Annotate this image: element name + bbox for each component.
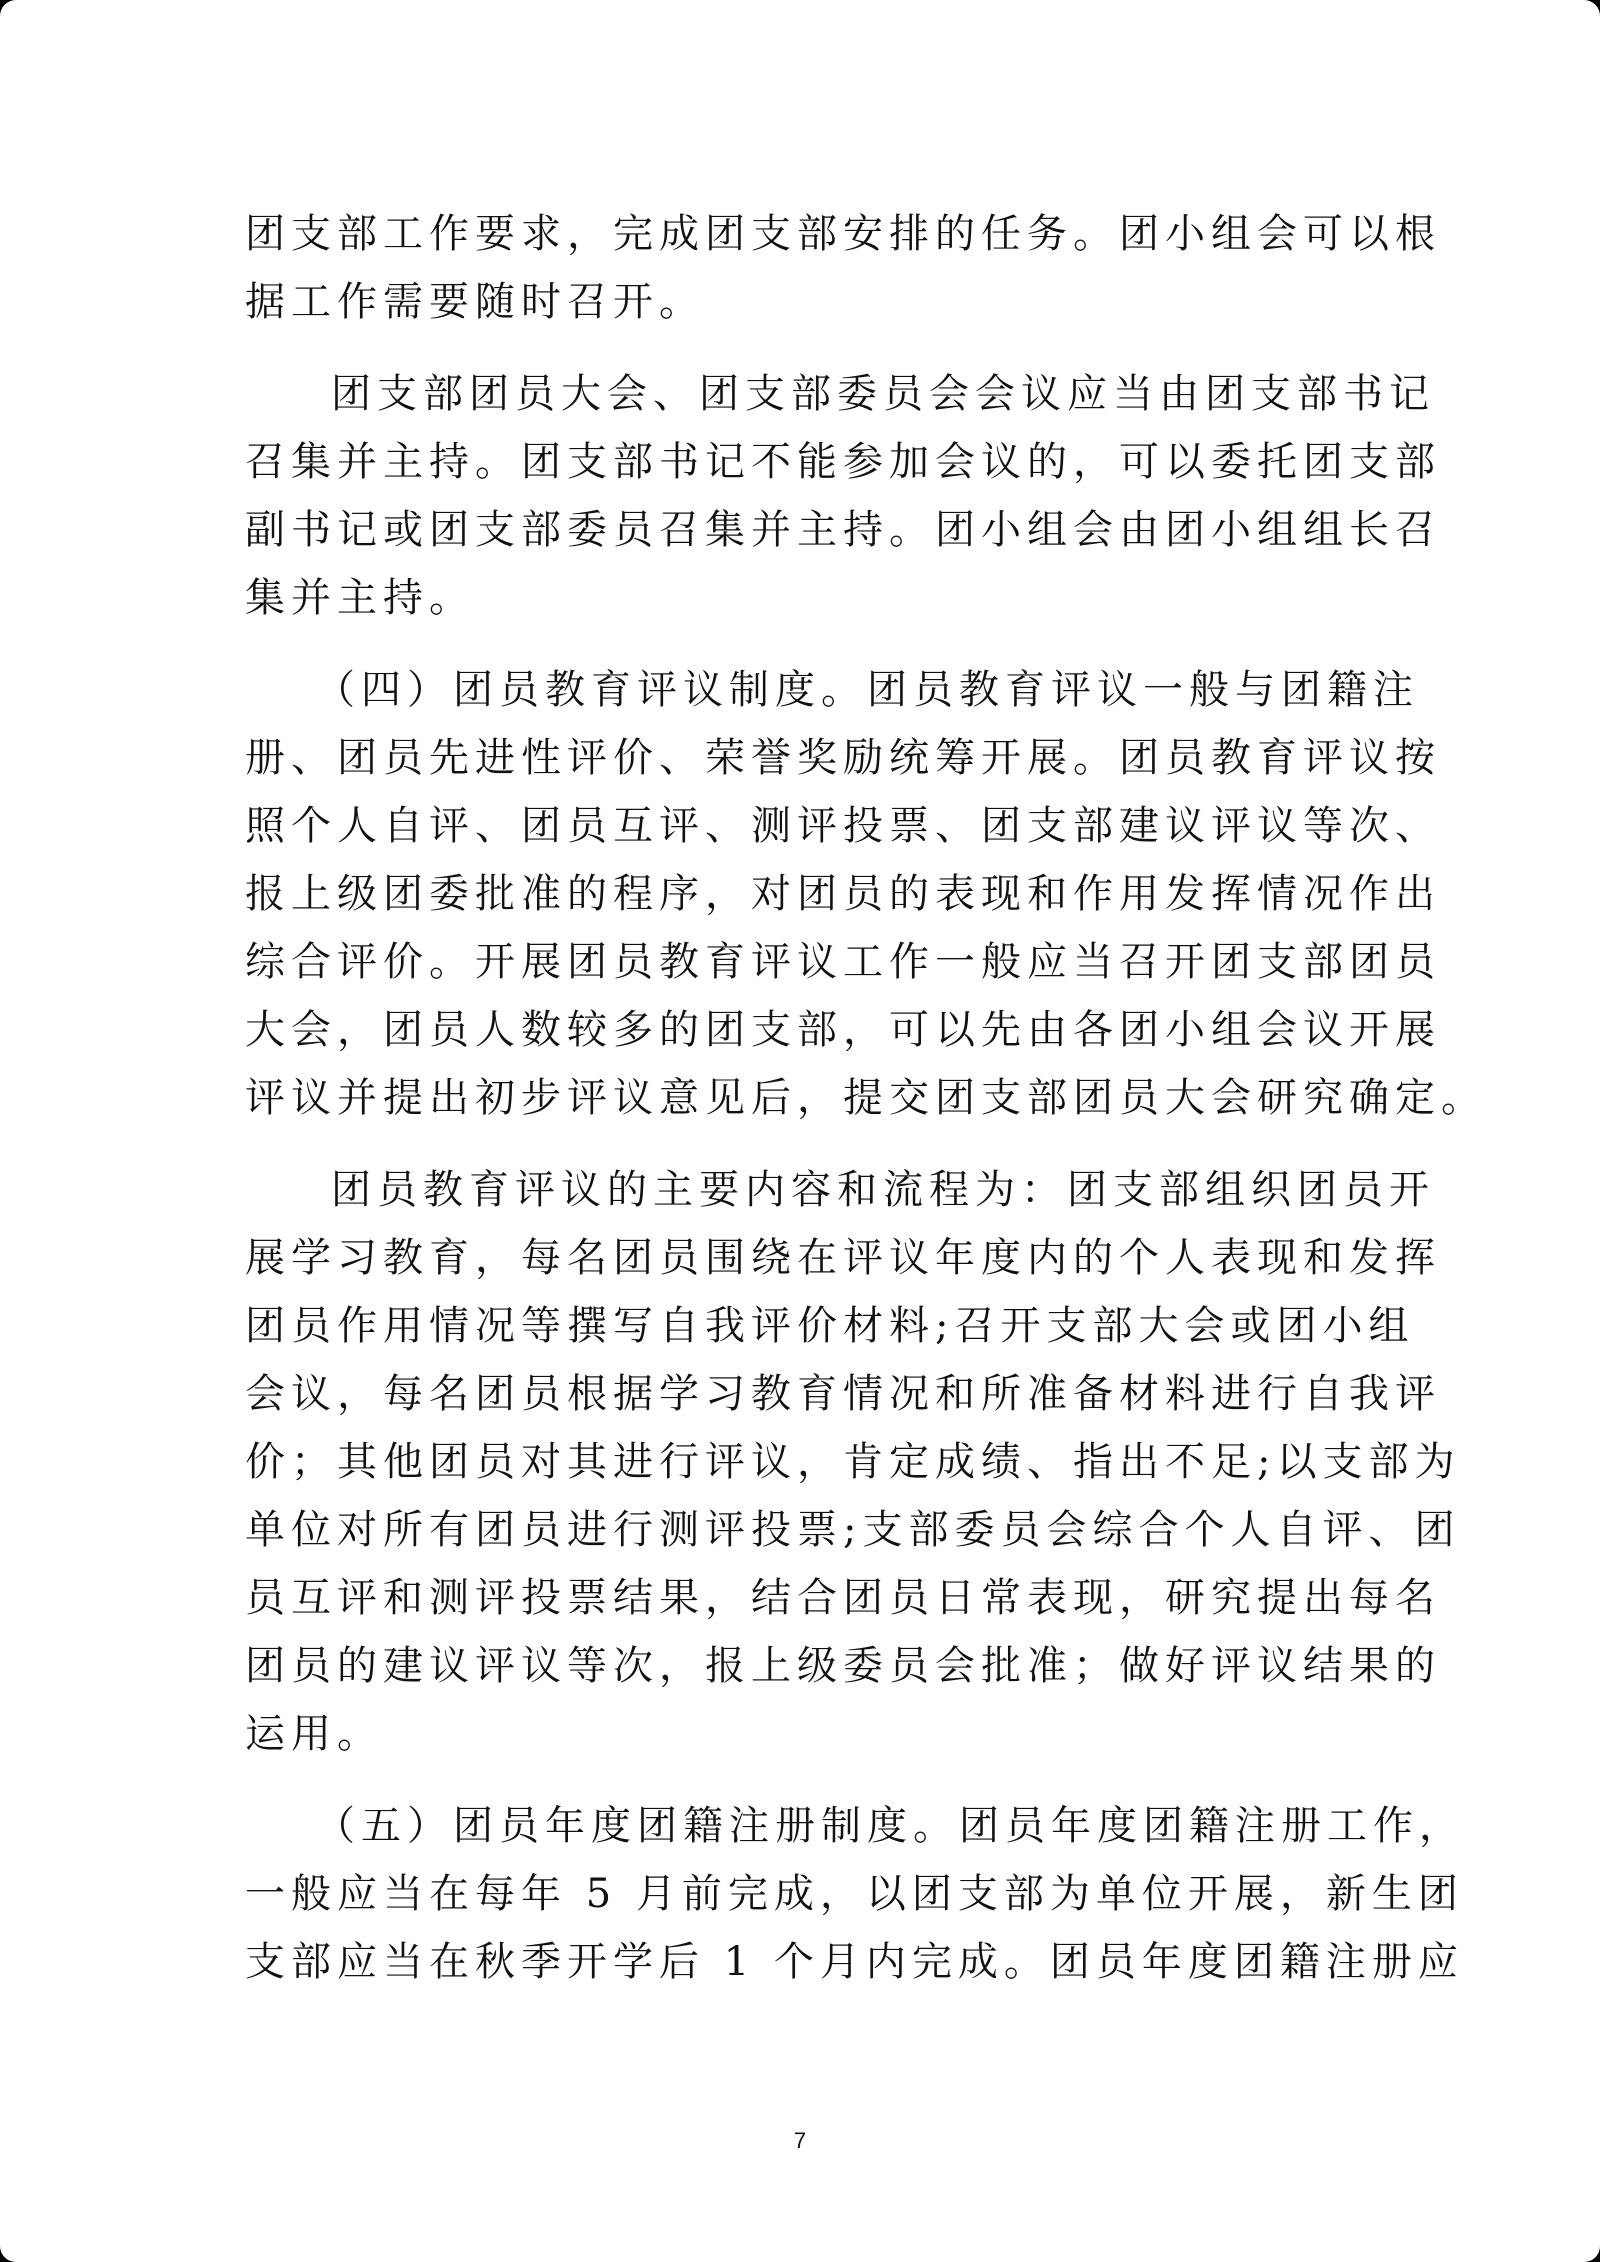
text-line: 价；其他团员对其进行评议，肯定成绩、指出不足;以支部为 [245,1428,1445,1496]
document-body: 团支部工作要求，完成团支部安排的任务。团小组会可以根 据工作需要随时召开。 团支… [245,200,1445,2020]
text-line: 一般应当在每年 5 月前完成，以团支部为单位开展，新生团 [245,1860,1445,1928]
text-line: 单位对所有团员进行测评投票;支部委员会综合个人自评、团 [245,1496,1445,1564]
text-line: 报上级团委批准的程序，对团员的表现和作用发挥情况作出 [245,860,1445,928]
paragraph: 团支部团员大会、团支部委员会会议应当由团支部书记 召集并主持。团支部书记不能参加… [245,360,1445,632]
text-line: 副书记或团支部委员召集并主持。团小组会由团小组组长召 [245,496,1445,564]
text-line: 展学习教育，每名团员围绕在评议年度内的个人表现和发挥 [245,1224,1445,1292]
text-line: 团支部团员大会、团支部委员会会议应当由团支部书记 [245,360,1445,428]
text-line: 支部应当在秋季开学后 1 个月内完成。团员年度团籍注册应 [245,1928,1445,1996]
section-heading-line: （五）团员年度团籍注册制度。团员年度团籍注册工作， [245,1792,1445,1860]
text-line: 大会，团员人数较多的团支部，可以先由各团小组会议开展 [245,996,1445,1064]
text-line: 册、团员先进性评价、荣誉奖励统筹开展。团员教育评议按 [245,724,1445,792]
text-line: 评议并提出初步评议意见后，提交团支部团员大会研究确定。 [245,1064,1445,1132]
text-line: 据工作需要随时召开。 [245,268,1445,336]
text-line: 综合评价。开展团员教育评议工作一般应当召开团支部团员 [245,928,1445,996]
text-line: 会议，每名团员根据学习教育情况和所准备材料进行自我评 [245,1360,1445,1428]
paragraph-section-4: （四）团员教育评议制度。团员教育评议一般与团籍注 册、团员先进性评价、荣誉奖励统… [245,656,1445,1132]
paragraph: 团支部工作要求，完成团支部安排的任务。团小组会可以根 据工作需要随时召开。 [245,200,1445,336]
section-heading-line: （四）团员教育评议制度。团员教育评议一般与团籍注 [245,656,1445,724]
text-line: 团支部工作要求，完成团支部安排的任务。团小组会可以根 [245,200,1445,268]
text-line: 运用。 [245,1700,1445,1768]
text-line: 员互评和测评投票结果，结合团员日常表现，研究提出每名 [245,1564,1445,1632]
text-line: 集并主持。 [245,564,1445,632]
text-line: 照个人自评、团员互评、测评投票、团支部建议评议等次、 [245,792,1445,860]
text-line: 召集并主持。团支部书记不能参加会议的，可以委托团支部 [245,428,1445,496]
text-line: 团员教育评议的主要内容和流程为：团支部组织团员开 [245,1156,1445,1224]
paragraph-section-5: （五）团员年度团籍注册制度。团员年度团籍注册工作， 一般应当在每年 5 月前完成… [245,1792,1445,1996]
document-page: 团支部工作要求，完成团支部安排的任务。团小组会可以根 据工作需要随时召开。 团支… [0,0,1600,2262]
text-line: 团员的建议评议等次，报上级委员会批准；做好评议结果的 [245,1632,1445,1700]
text-line: 团员作用情况等撰写自我评价材料;召开支部大会或团小组 [245,1292,1445,1360]
page-number: 7 [0,2128,1600,2154]
paragraph: 团员教育评议的主要内容和流程为：团支部组织团员开 展学习教育，每名团员围绕在评议… [245,1156,1445,1768]
